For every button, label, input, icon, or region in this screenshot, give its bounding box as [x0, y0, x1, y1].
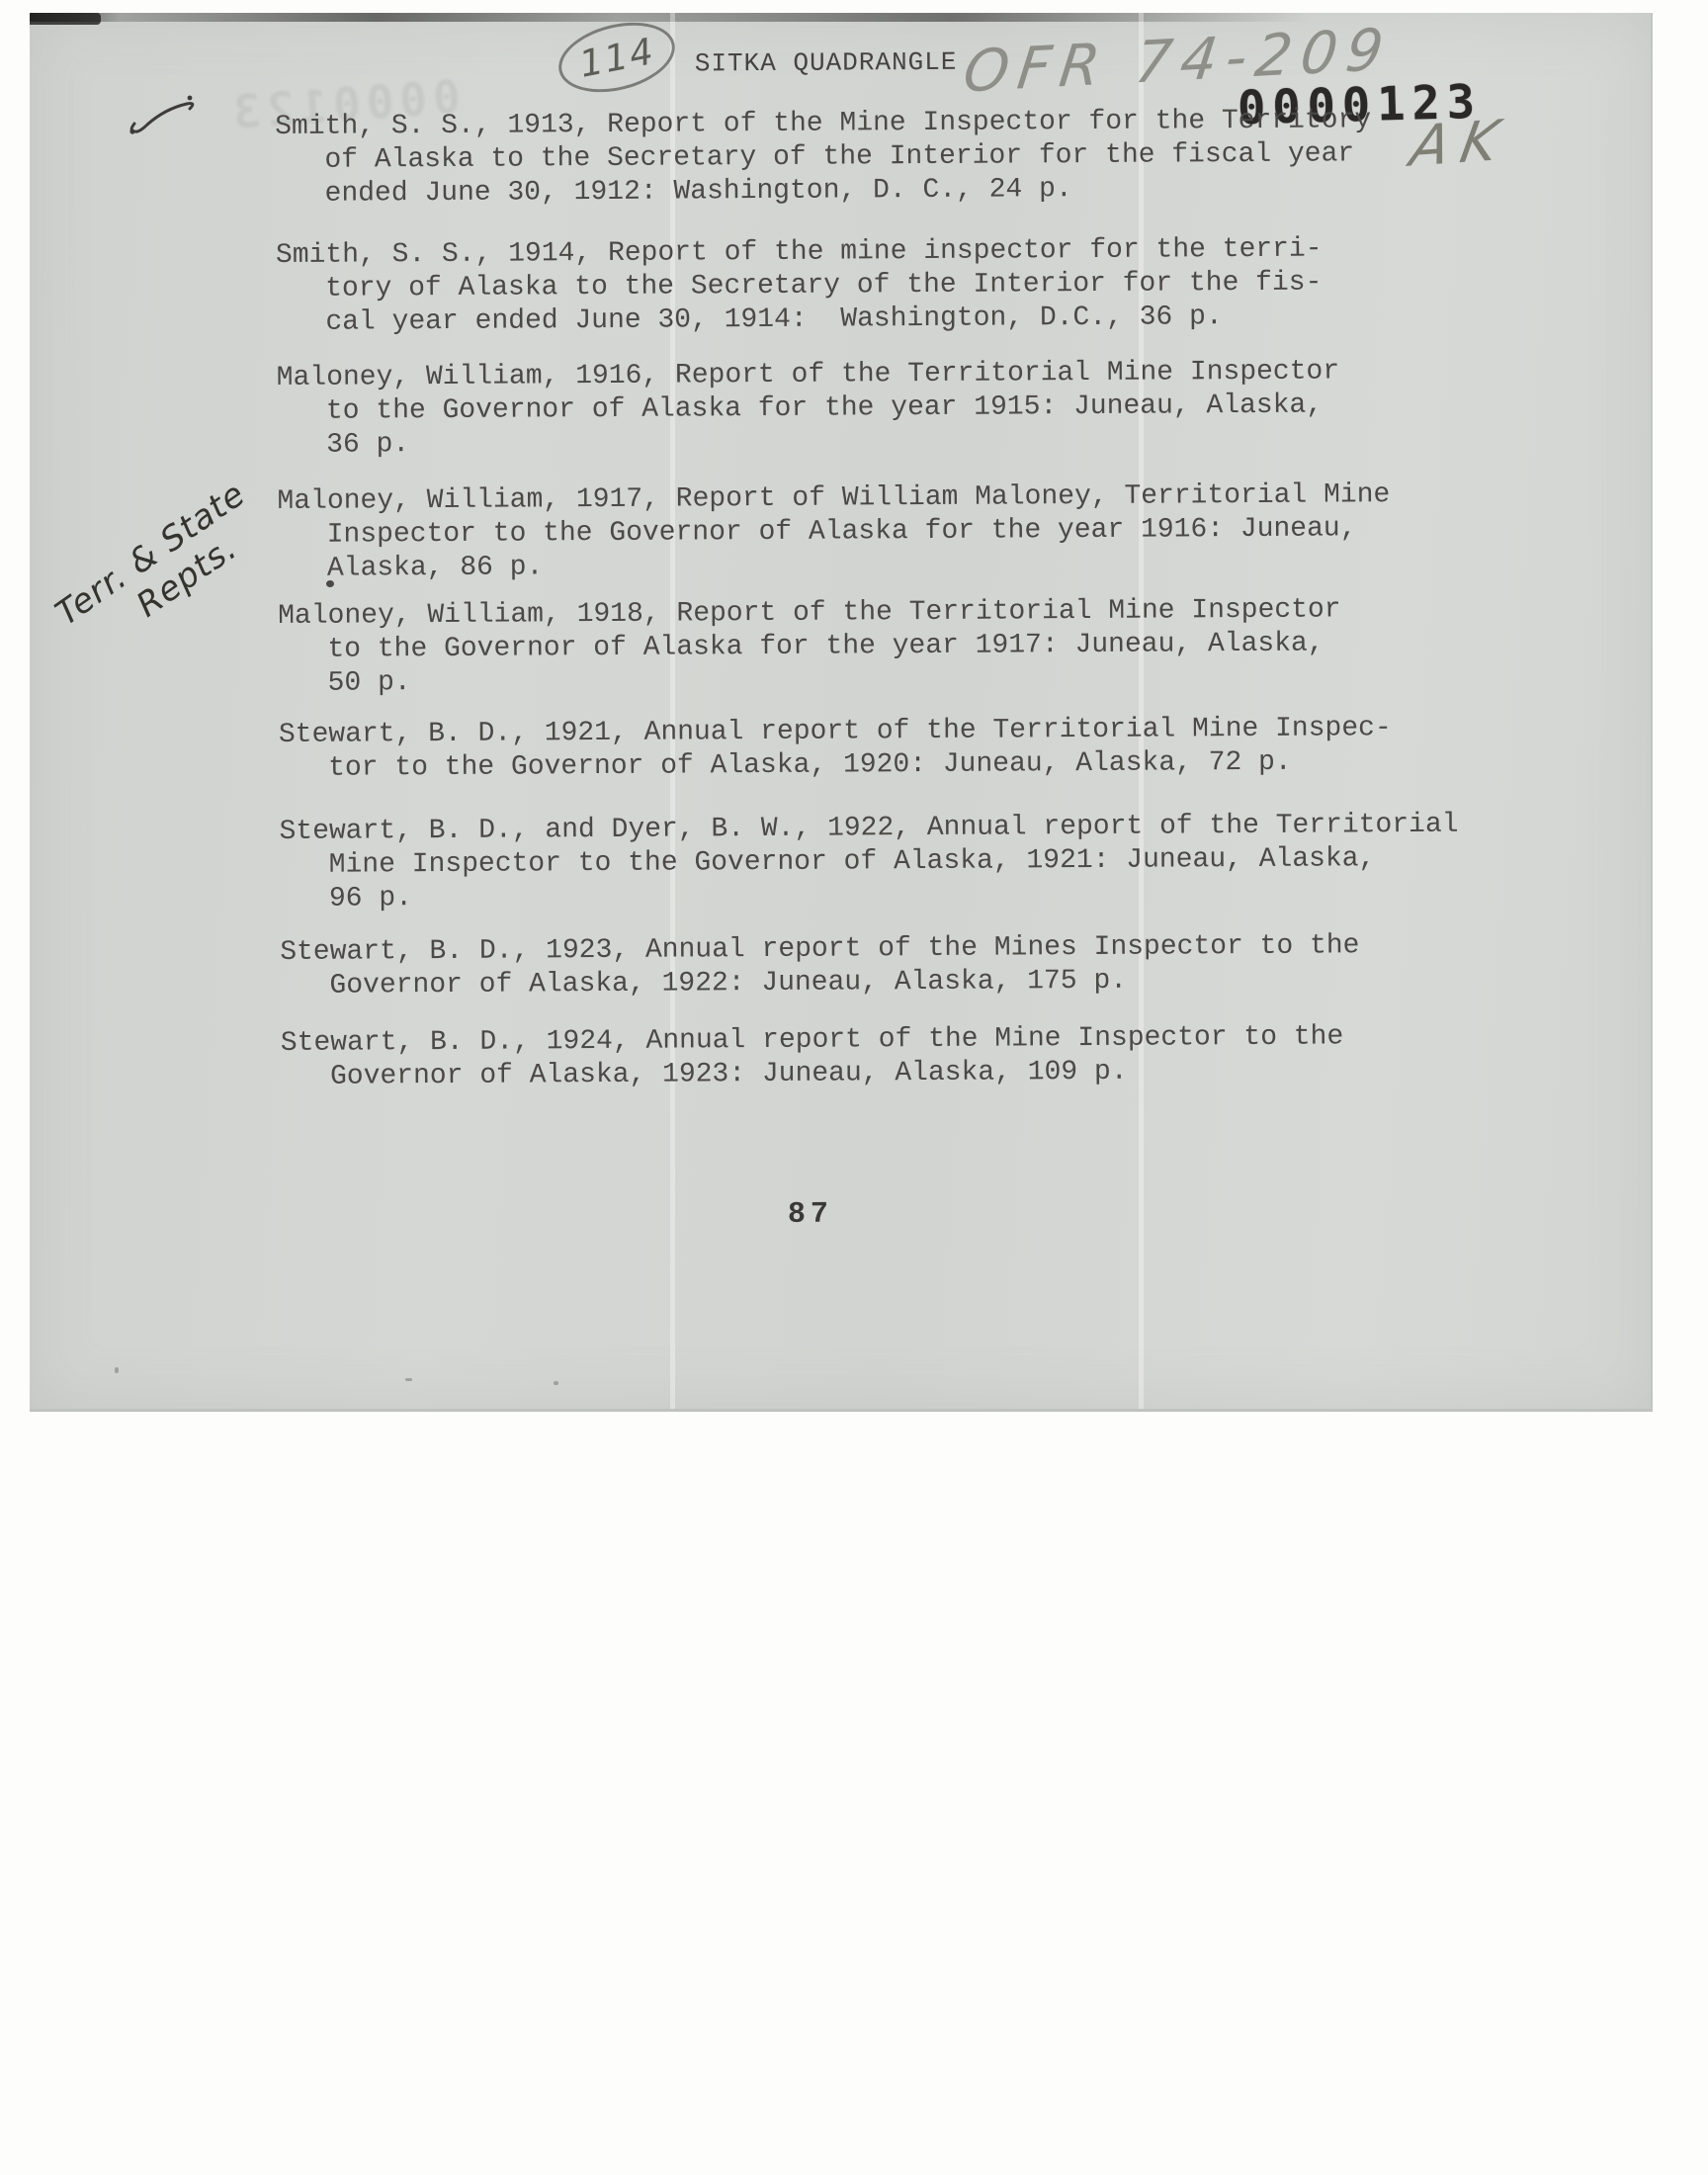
bibliography-entry: Stewart, B. D., 1924, Annual report of t… [281, 1020, 1344, 1094]
bibliography-entry: Stewart, B. D., 1921, Annual report of t… [279, 712, 1392, 786]
scanned-page: 0000123 114 OFR 74-209 0000123 AK Terr. … [30, 13, 1653, 1412]
bibliography-entry: Smith, S. S., 1913, Report of the Mine I… [275, 104, 1372, 212]
bibliography-entry: Maloney, William, 1917, Report of Willia… [277, 478, 1390, 586]
entry-line: Mine Inspector to the Governor of Alaska… [329, 842, 1459, 883]
entry-line: 50 p. [328, 660, 1342, 700]
entry-line: ended June 30, 1912: Washington, D. C., … [325, 171, 1372, 211]
entry-line: to the Governor of Alaska for the year 1… [327, 627, 1341, 666]
entry-line: Stewart, B. D., 1924, Annual report of t… [281, 1020, 1344, 1061]
bibliography-entry: Maloney, William, 1916, Report of the Te… [277, 355, 1340, 463]
entry-line: Alaska, 86 p. [327, 546, 1391, 586]
entry-line: Inspector to the Governor of Alaska for … [327, 512, 1391, 553]
entry-line: 96 p. [329, 876, 1459, 916]
bibliography-entry: Smith, S. S., 1914, Report of the mine i… [276, 233, 1323, 340]
bibliography-entry: Maloney, William, 1918, Report of the Te… [278, 593, 1341, 701]
entry-line: cal year ended June 30, 1914: Washington… [325, 301, 1323, 340]
page-number: 87 [788, 1198, 833, 1232]
typed-content: SITKA QUADRANGLE Smith, S. S., 1913, Rep… [22, 5, 1652, 1411]
entry-line: Governor of Alaska, 1923: Juneau, Alaska… [330, 1054, 1344, 1093]
entry-line: of Alaska to the Secretary of the Interi… [324, 137, 1371, 177]
entry-line: to the Governor of Alaska for the year 1… [326, 389, 1340, 428]
bibliography-entry: Stewart, B. D., 1923, Annual report of t… [280, 929, 1360, 1003]
page-title: SITKA QUADRANGLE [695, 47, 958, 79]
bibliography-entry: Stewart, B. D., and Dyer, B. W., 1922, A… [279, 809, 1459, 916]
entry-line: Governor of Alaska, 1922: Juneau, Alaska… [329, 963, 1359, 1002]
entry-line: 36 p. [326, 422, 1340, 462]
entry-line: tor to the Governor of Alaska, 1920: Jun… [328, 745, 1392, 786]
entry-line: Stewart, B. D., 1923, Annual report of t… [280, 929, 1359, 970]
